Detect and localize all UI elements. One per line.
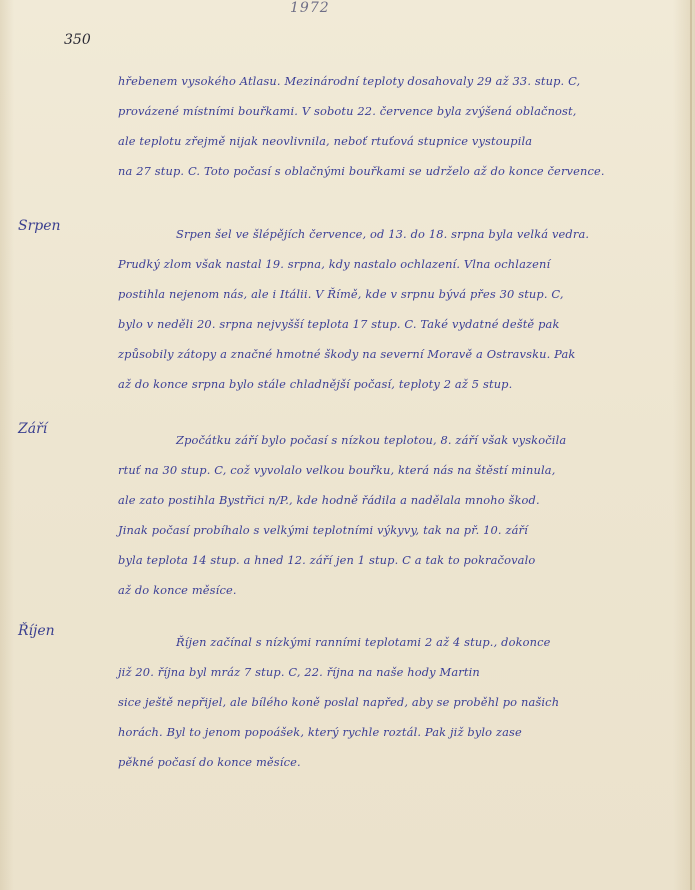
text-line: až do konce srpna bylo stále chladnější … [118,369,678,399]
text-line: způsobily zátopy a značné hmotné škody n… [118,339,678,369]
year-heading: 1972 [290,0,330,16]
text-line: ale zato postihla Bystřici n/P., kde hod… [118,485,678,515]
month-label-rijen: Říjen [18,623,55,639]
month-label-srpen: Srpen [18,218,61,234]
section-rijen: Říjen začínal s nízkými ranními teplotam… [118,627,678,777]
text-line: rtuť na 30 stup. C, což vyvolalo velkou … [118,455,678,485]
text-line: až do konce měsíce. [118,575,678,605]
text-line: bylo v neděli 20. srpna nejvyšší teplota… [118,309,678,339]
text-line: Jinak počasí probíhalo s velkými teplotn… [118,515,678,545]
text-line: na 27 stup. C. Toto počasí s oblačnými b… [118,156,678,186]
text-line: pěkné počasí do konce měsíce. [118,747,678,777]
text-line: byla teplota 14 stup. a hned 12. září je… [118,545,678,575]
section-zari: Zpočátku září bylo počasí s nízkou teplo… [118,425,678,605]
text-line: ale teplotu zřejmě nijak neovlivnila, ne… [118,126,678,156]
chronicle-page: 1972 350 hřebenem vysokého Atlasu. Mezin… [0,0,695,890]
text-line: sice ještě nepřijel, ale bílého koně pos… [118,687,678,717]
section-july-continuation: hřebenem vysokého Atlasu. Mezinárodní te… [118,66,678,186]
text-line: Prudký zlom však nastal 19. srpna, kdy n… [118,249,678,279]
text-line: Říjen začínal s nízkými ranními teplotam… [118,627,678,657]
month-label-zari: Září [18,421,47,437]
text-line: Zpočátku září bylo počasí s nízkou teplo… [118,425,678,455]
text-line: provázené místními bouřkami. V sobotu 22… [118,96,678,126]
section-srpen: Srpen šel ve šlépějích července, od 13. … [118,219,678,399]
page-edge [690,0,692,890]
text-line: již 20. října byl mráz 7 stup. C, 22. ří… [118,657,678,687]
page-number: 350 [64,32,91,48]
text-line: horách. Byl to jenom popoášek, který ryc… [118,717,678,747]
text-line: hřebenem vysokého Atlasu. Mezinárodní te… [118,66,678,96]
text-line: postihla nejenom nás, ale i Itálii. V Ří… [118,279,678,309]
text-line: Srpen šel ve šlépějích července, od 13. … [118,219,678,249]
